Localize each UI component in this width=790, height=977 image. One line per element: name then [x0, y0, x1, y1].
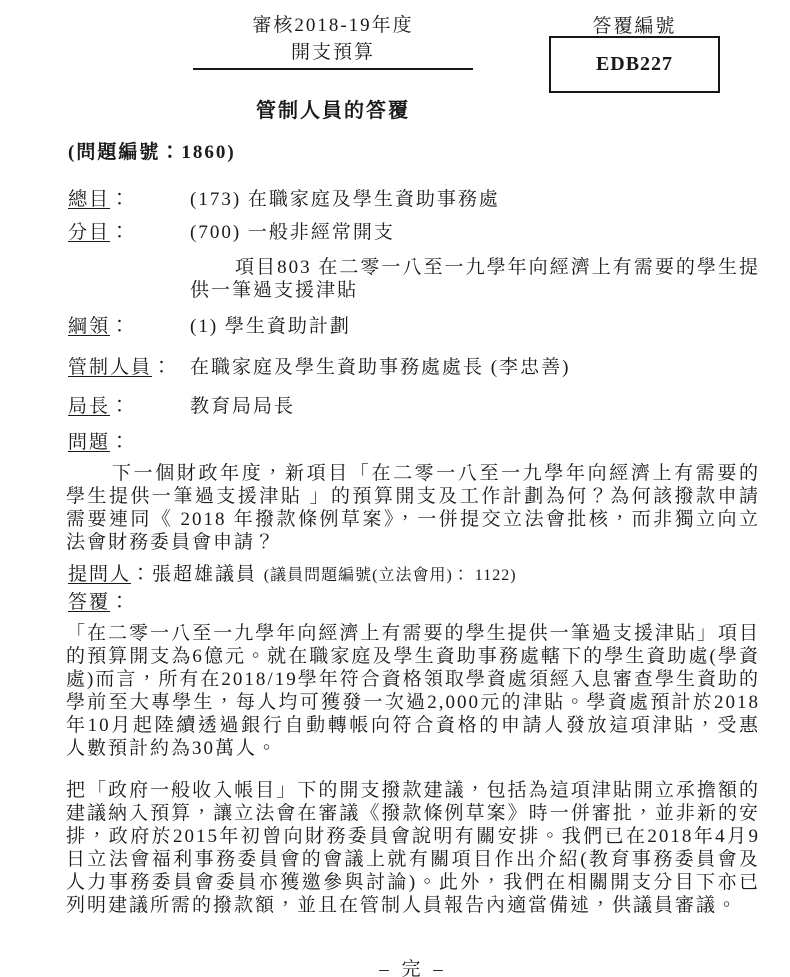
field-label-programme: 綱領：	[68, 315, 131, 338]
asker-name: 張超雄議員	[152, 564, 257, 585]
field-value-director: 教育局局長	[190, 395, 295, 418]
field-label-subhead: 分目：	[68, 221, 131, 244]
reply-number-label: 答覆編號	[549, 11, 720, 38]
asker-line: 提問人：張超雄議員 (議員問題編號(立法會用)： 1122)	[68, 563, 517, 587]
end-mark: – 完 –	[66, 954, 760, 977]
field-value-controlling-officer: 在職家庭及學生資助事務處處長 (李忠善)	[190, 356, 570, 379]
field-value-subhead: (700) 一般非經常開支	[190, 221, 395, 244]
question-number: (問題編號：1860)	[68, 137, 236, 164]
field-value-programme: (1) 學生資助計劃	[190, 315, 351, 338]
header-title-line1: 審核2018-19年度	[193, 12, 473, 39]
reply-number-box: EDB227	[549, 36, 720, 93]
field-label-director: 局長：	[68, 395, 131, 418]
field-value-head: (173) 在職家庭及學生資助事務處	[190, 188, 500, 211]
asker-label: 提問人	[68, 564, 131, 585]
question-label: 問題：	[68, 431, 131, 454]
document-page: 審核2018-19年度 開支預算 答覆編號 EDB227 管制人員的答覆 (問題…	[0, 0, 790, 977]
field-subhead-item: 項目803 在二零一八至一九學年向經濟上有需要的學生提供一筆過支援津貼	[190, 256, 760, 302]
header-title-line2: 開支預算	[193, 39, 473, 66]
reply-paragraph-2: 把「政府一般收入帳目」下的開支撥款建議，包括為這項津貼開立承擔額的建議納入預算，…	[66, 779, 760, 917]
section-title: 管制人員的答覆	[193, 94, 473, 123]
header-title: 審核2018-19年度 開支預算	[193, 12, 473, 70]
reply-label: 答覆：	[68, 591, 131, 614]
question-text: 下一個財政年度，新項目「在二零一八至一九學年向經濟上有需要的學生提供一筆過支援津…	[66, 462, 760, 554]
reply-number: EDB227	[596, 53, 673, 76]
asker-ref: (議員問題編號(立法會用)： 1122)	[264, 567, 517, 584]
field-label-head: 總目：	[68, 188, 131, 211]
field-label-controlling-officer: 管制人員：	[68, 356, 173, 379]
reply-paragraph-1: 「在二零一八至一九學年向經濟上有需要的學生提供一筆過支援津貼」項目的預算開支為6…	[66, 622, 760, 760]
